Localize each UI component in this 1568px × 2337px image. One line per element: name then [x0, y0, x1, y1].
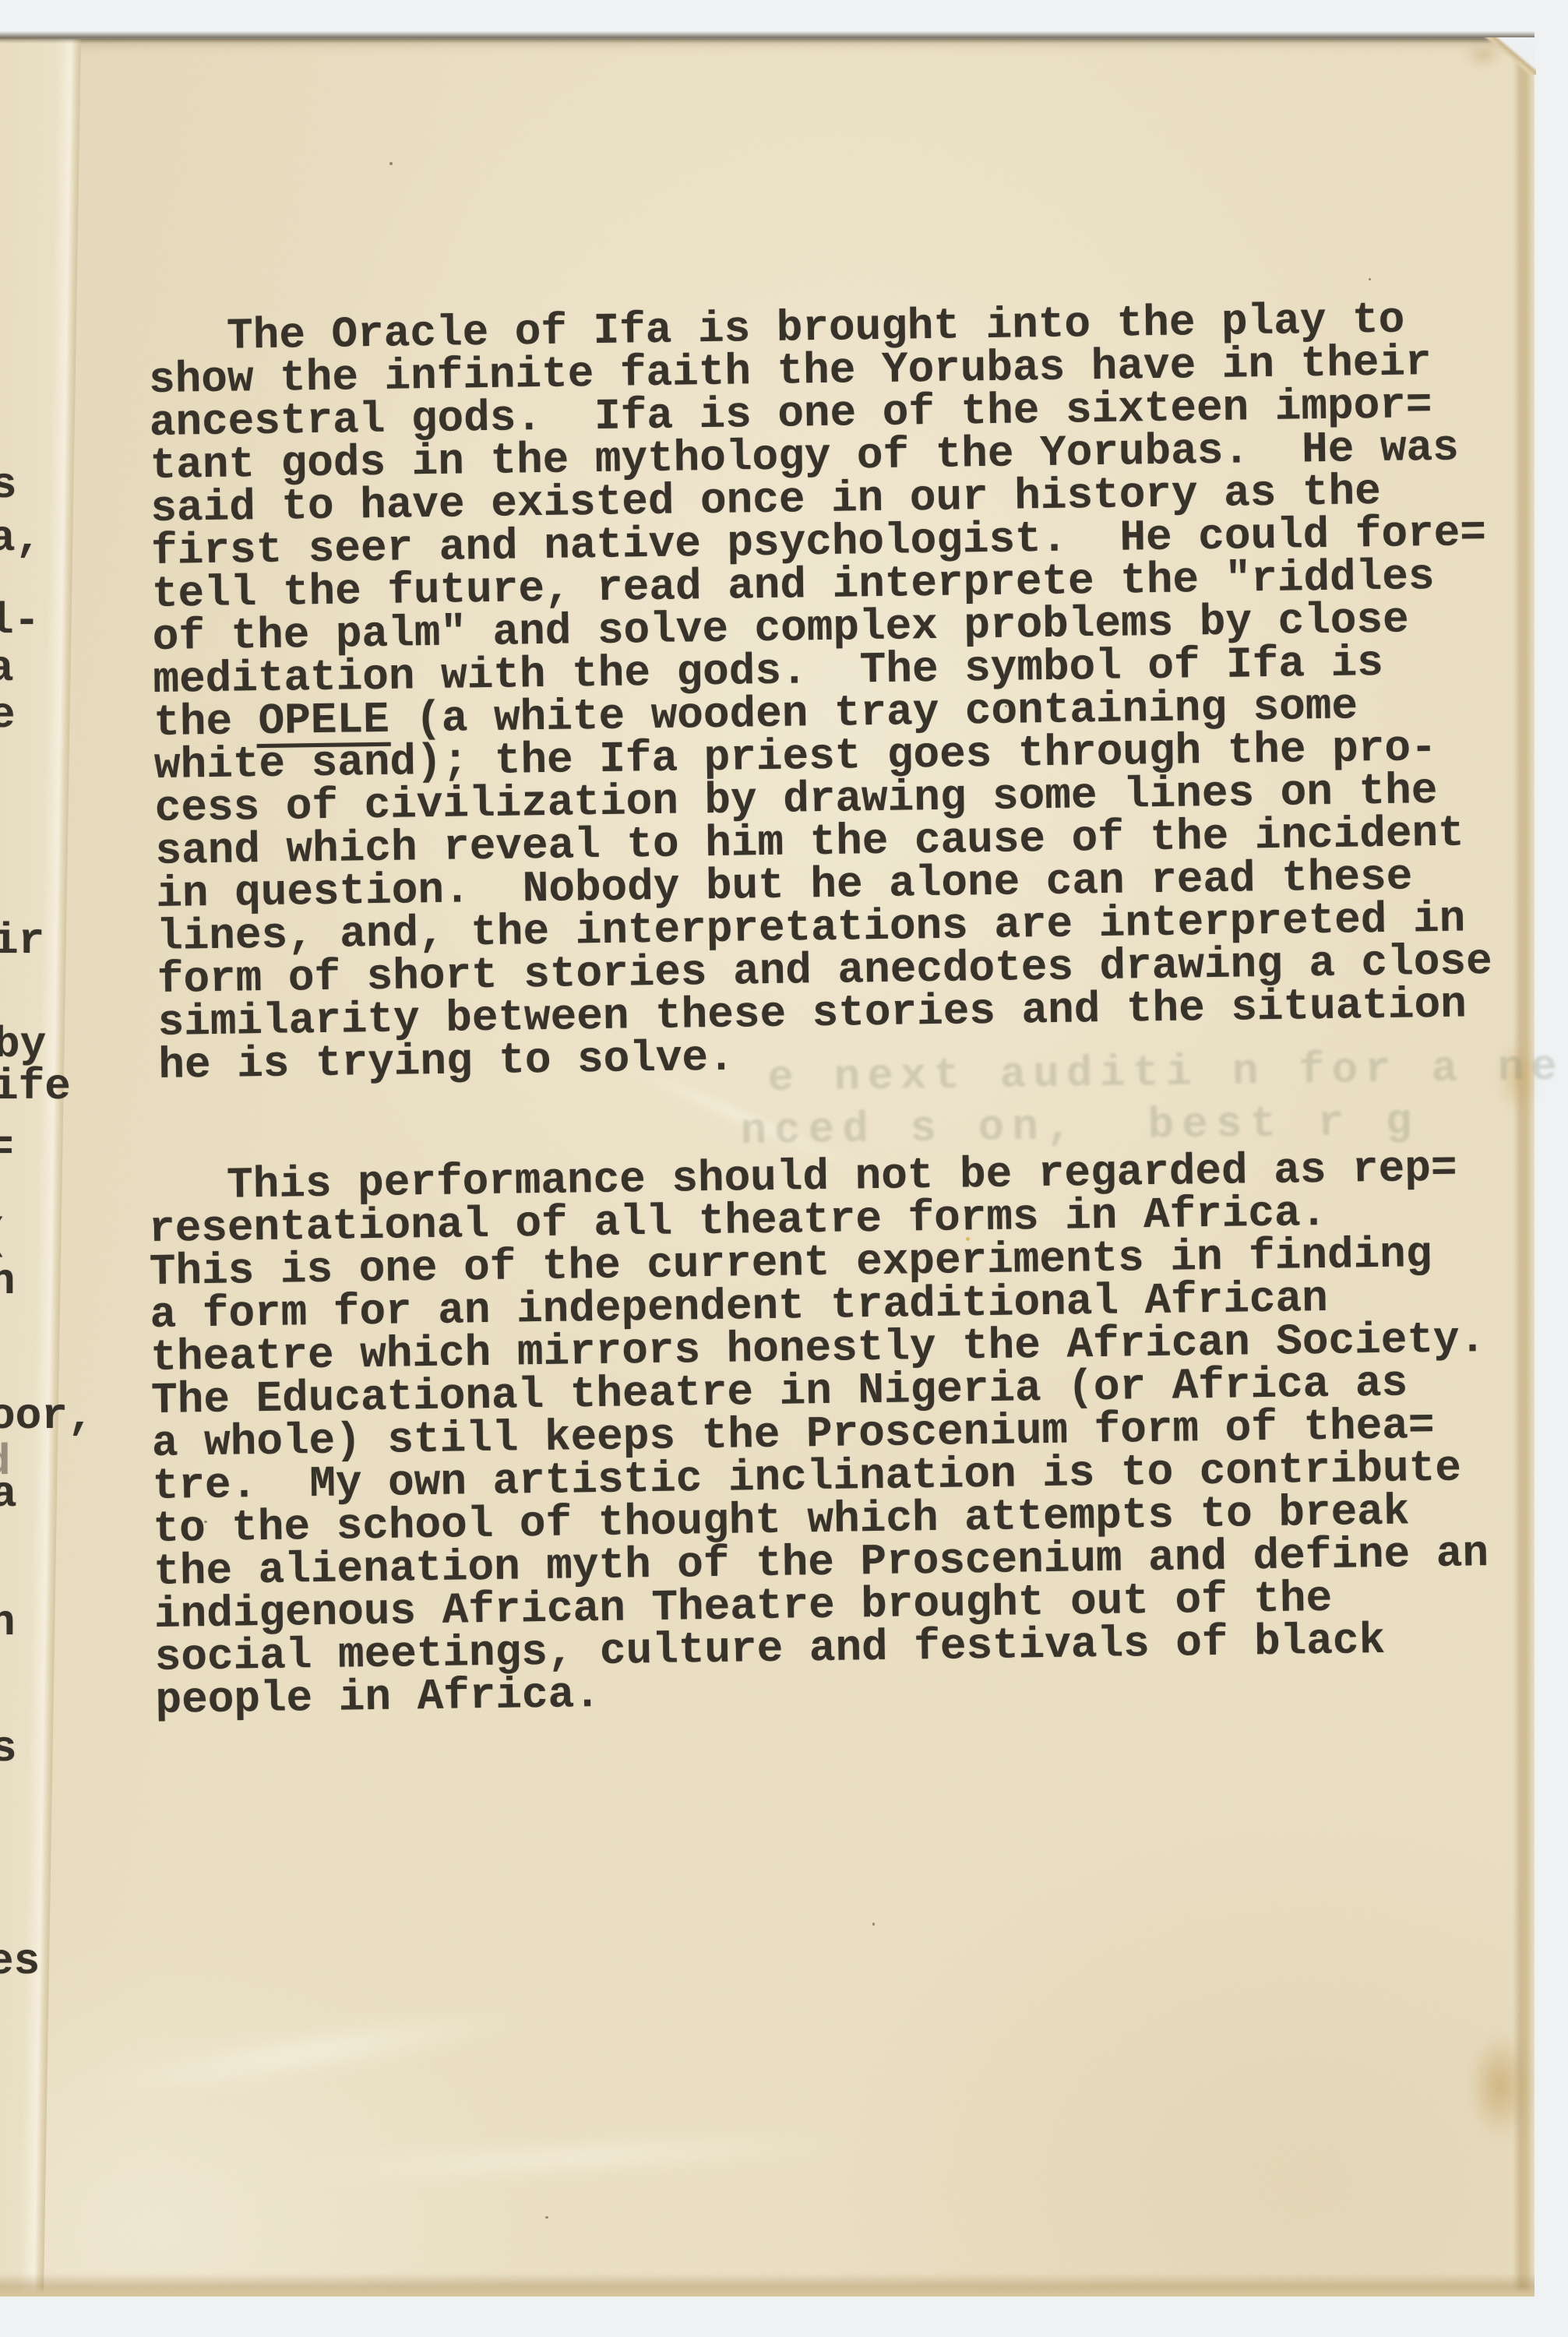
left-page-text-fragment: oor, — [0, 1395, 93, 1438]
page-bottom-fold — [0, 2273, 1535, 2296]
left-page-text-fragment: a — [0, 647, 14, 690]
paper-speck — [1369, 278, 1371, 280]
paper-speck — [389, 162, 393, 165]
left-page-text-fragment: ife — [0, 1066, 71, 1109]
left-page-text-fragment: es — [0, 1940, 40, 1983]
left-page-text-fragment: ( — [0, 1215, 9, 1258]
paper-speck — [872, 1923, 875, 1926]
left-page-text-fragment: e — [0, 694, 16, 737]
paper-stain — [1464, 45, 1502, 65]
page-top-edge-shadow — [0, 30, 1535, 44]
left-page-text-fragment: n — [0, 1602, 16, 1644]
left-page-text-fragment: by — [0, 1024, 46, 1066]
paper-stain — [1469, 2033, 1531, 2138]
left-page-text-fragment: = — [0, 1126, 14, 1169]
left-page-text-fragment: a, — [0, 517, 41, 560]
scan-canvas: e next auditi n for a ne nced s on, best… — [0, 0, 1568, 2337]
paragraph-performance-note: This performance should not be regarded … — [148, 1146, 1550, 1722]
left-page-text-fragment: s — [0, 464, 17, 507]
left-page-text-fragment: s — [0, 1728, 17, 1771]
left-page-text-fragment: l- — [0, 600, 40, 643]
left-page-text-fragment: a — [0, 1473, 17, 1516]
left-page-text-fragment: n — [0, 1260, 16, 1303]
left-page-text-fragment: ir — [0, 920, 44, 963]
paper-speck — [545, 2216, 548, 2219]
paragraph-oracle-of-ifa: The Oracle of Ifa is brought into the pl… — [148, 297, 1553, 1087]
